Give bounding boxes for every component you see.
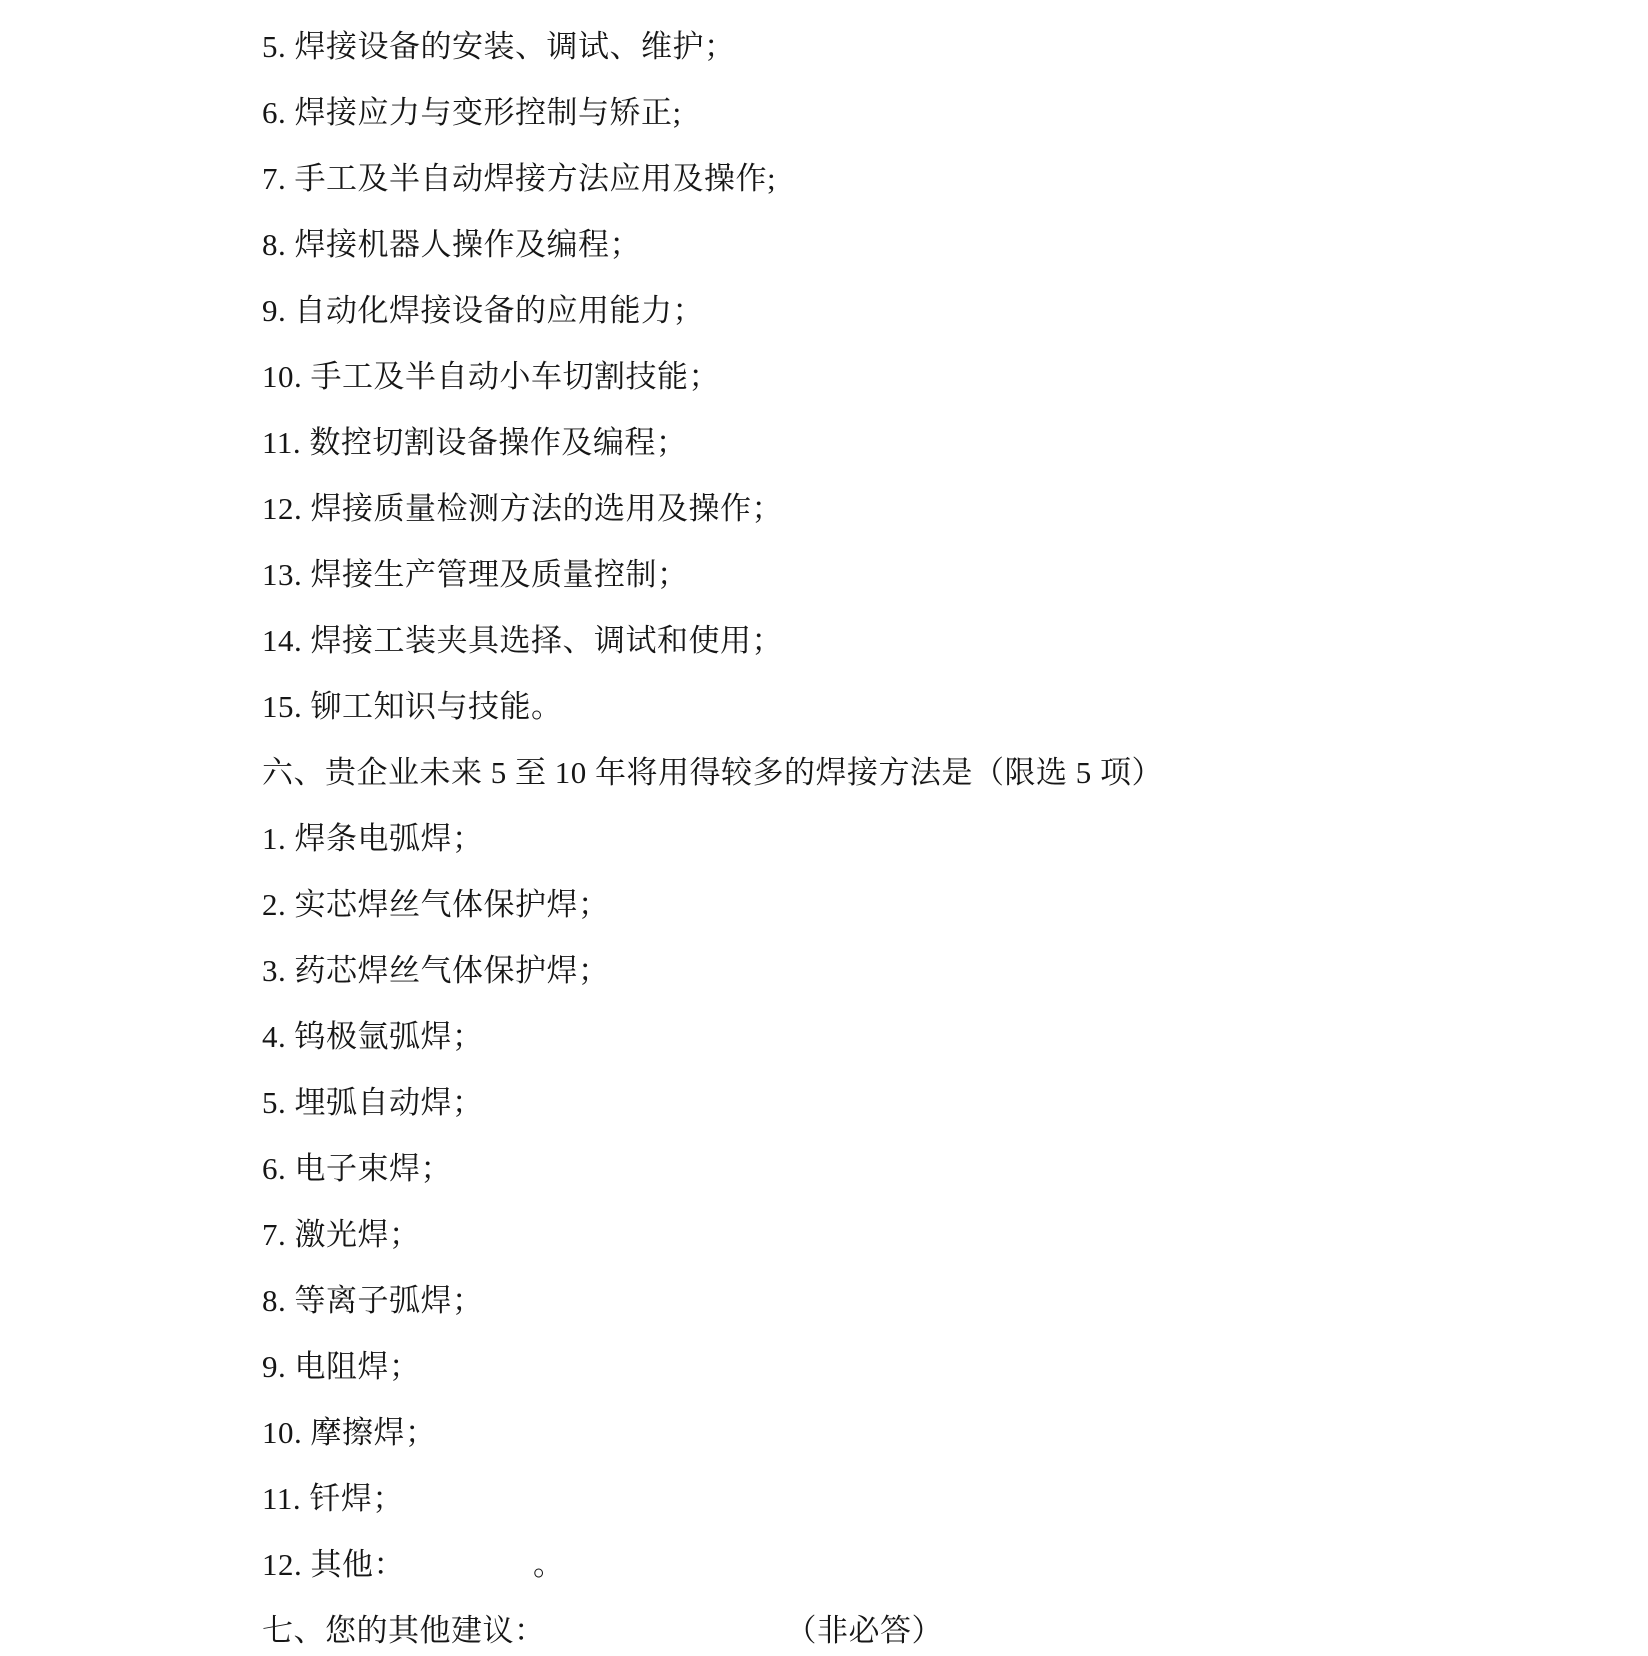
method-item-5: 5. 埋弧自动焊；: [262, 1070, 1608, 1136]
method-item-other: 12. 其他：。: [262, 1532, 1608, 1598]
suggestion-fill-blank: [546, 1640, 786, 1641]
method-item-9: 9. 电阻焊；: [262, 1334, 1608, 1400]
skill-item-8: 8. 焊接机器人操作及编程；: [262, 212, 1608, 278]
skill-item-15: 15. 铆工知识与技能。: [262, 674, 1608, 740]
document-page: 5. 焊接设备的安装、调试、维护； 6. 焊接应力与变形控制与矫正; 7. 手工…: [0, 0, 1648, 1656]
other-fill-blank: [405, 1574, 533, 1575]
skill-item-6: 6. 焊接应力与变形控制与矫正;: [262, 80, 1608, 146]
skill-item-12: 12. 焊接质量检测方法的选用及操作；: [262, 476, 1608, 542]
skill-item-10: 10. 手工及半自动小车切割技能；: [262, 344, 1608, 410]
method-item-1: 1. 焊条电弧焊；: [262, 806, 1608, 872]
method-item-2: 2. 实芯焊丝气体保护焊；: [262, 872, 1608, 938]
skill-item-11: 11. 数控切割设备操作及编程；: [262, 410, 1608, 476]
section-seven-note: （非必答）: [786, 1613, 944, 1648]
section-seven-line: 七、您的其他建议：（非必答）: [262, 1598, 1608, 1656]
section-six-heading: 六、贵企业未来 5 至 10 年将用得较多的焊接方法是（限选 5 项）: [262, 740, 1608, 806]
method-item-4: 4. 钨极氩弧焊；: [262, 1004, 1608, 1070]
method-item-7: 7. 激光焊；: [262, 1202, 1608, 1268]
method-item-3: 3. 药芯焊丝气体保护焊；: [262, 938, 1608, 1004]
skill-item-14: 14. 焊接工装夹具选择、调试和使用；: [262, 608, 1608, 674]
skill-item-9: 9. 自动化焊接设备的应用能力；: [262, 278, 1608, 344]
method-item-8: 8. 等离子弧焊；: [262, 1268, 1608, 1334]
other-option-label: 12. 其他：: [262, 1547, 405, 1582]
other-option-period: 。: [533, 1547, 565, 1582]
method-item-6: 6. 电子束焊；: [262, 1136, 1608, 1202]
skill-item-5: 5. 焊接设备的安装、调试、维护；: [262, 14, 1608, 80]
method-item-11: 11. 钎焊；: [262, 1466, 1608, 1532]
skill-item-13: 13. 焊接生产管理及质量控制；: [262, 542, 1608, 608]
skill-item-7: 7. 手工及半自动焊接方法应用及操作;: [262, 146, 1608, 212]
method-item-10: 10. 摩擦焊；: [262, 1400, 1608, 1466]
section-seven-label: 七、您的其他建议：: [262, 1613, 546, 1648]
